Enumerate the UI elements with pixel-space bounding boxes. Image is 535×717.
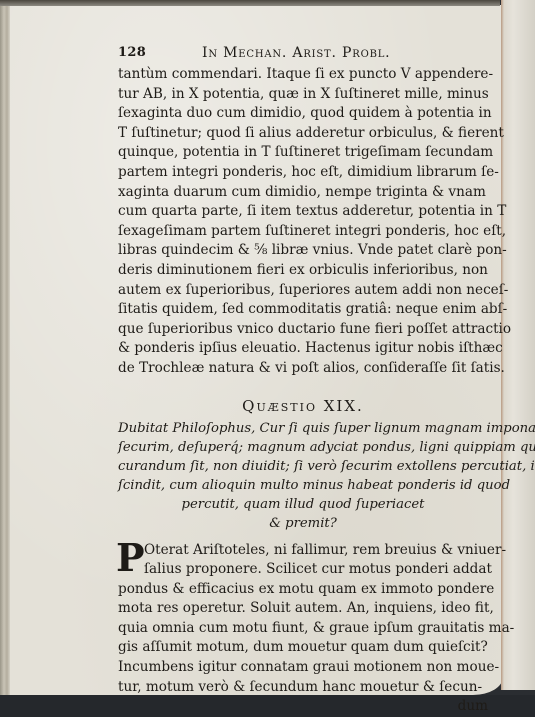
text-line: & ponderis ipſius eleuatio. Hactenus igi…: [118, 339, 488, 359]
text-line: tur, motum verò & ſecundum hanc mouetur …: [118, 678, 488, 698]
text-line: deris diminutionem fieri ex orbiculis in…: [118, 261, 488, 281]
text-line: tur AB, in X potentia, quæ in X ſuſtiner…: [118, 85, 488, 105]
text-line: de Trochleæ natura & vi poſt alios, conſ…: [118, 359, 488, 379]
text-line: quinque, potentia in T ſuſtineret trigeſ…: [118, 143, 488, 163]
text-line: autem ex ſuperioribus, ſuperiores autem …: [118, 281, 488, 301]
text-line: ſitatis quidem, ſed commoditatis gratiâ:…: [118, 300, 488, 320]
text-line: pondus & efficacius ex motu quam ex immo…: [118, 580, 488, 600]
running-head: In Mechan. Arist. Probl.: [202, 45, 390, 61]
text-line: gis aſſumit motum, dum mouetur quam dum …: [118, 638, 488, 658]
question-line: percutit, quam illud quod ſuperiacet: [118, 495, 488, 514]
text-line: xaginta duarum cum dimidio, nempe trigin…: [118, 183, 488, 203]
text-line: quia omnia cum motu fiunt, & graue ipſum…: [118, 619, 488, 639]
text-line: ſalius proponere. Scilicet cur motus pon…: [118, 560, 488, 580]
question-line: ſecurim, deſuperq́; magnum adyciat pondu…: [118, 438, 488, 457]
text-line: ſexageſimam partem ſuſtineret integri po…: [118, 222, 488, 242]
text-line: cum quarta parte, ſi item textus adderet…: [118, 202, 488, 222]
page-header: 128 In Mechan. Arist. Probl.: [118, 45, 488, 65]
text-line: mota res operetur. Soluit autem. An, inq…: [118, 599, 488, 619]
text-line: Incumbens igitur connatam graui motionem…: [118, 658, 488, 678]
text-line: tantùm commendari. Itaque ſi ex puncto V…: [118, 65, 488, 85]
text-line: partem integri ponderis, hoc eſt, dimidi…: [118, 163, 488, 183]
paragraph-trochlea: tantùm commendari. Itaque ſi ex puncto V…: [118, 65, 488, 379]
text-line: libras quindecim & ⅝ libræ vnius. Vnde p…: [118, 241, 488, 261]
catchword: dum: [118, 697, 488, 717]
question-statement: Dubitat Philoſophus, Cur ſi quis ſuper l…: [118, 419, 488, 533]
question-line: Dubitat Philoſophus, Cur ſi quis ſuper l…: [118, 419, 488, 438]
question-line: & premit?: [118, 514, 488, 533]
drop-cap: P: [116, 539, 145, 577]
page-number: 128: [118, 45, 146, 60]
page-text-block: 128 In Mechan. Arist. Probl. tantùm comm…: [118, 45, 488, 717]
scanned-book-spread: 128 In Mechan. Arist. Probl. tantùm comm…: [0, 0, 535, 717]
text-line: T ſuſtinetur; quod ſi alius adderetur or…: [118, 124, 488, 144]
question-heading: Quæstio XIX.: [118, 397, 488, 417]
text-line: Oterat Ariſtoteles, ni fallimur, rem bre…: [118, 541, 488, 561]
text-line: que ſuperioribus vnico ductario fune fie…: [118, 320, 488, 340]
answer-paragraph: P Oterat Ariſtoteles, ni fallimur, rem b…: [118, 541, 488, 717]
facing-page-gutter: [501, 0, 535, 690]
page-top-edge: [0, 0, 500, 6]
text-line: ſexaginta duo cum dimidio, quod quidem à…: [118, 104, 488, 124]
question-line: curandum ſit, non diuidit; ſi verò ſecur…: [118, 457, 488, 476]
question-line: ſcindit, cum alioquin multo minus habeat…: [118, 476, 488, 495]
